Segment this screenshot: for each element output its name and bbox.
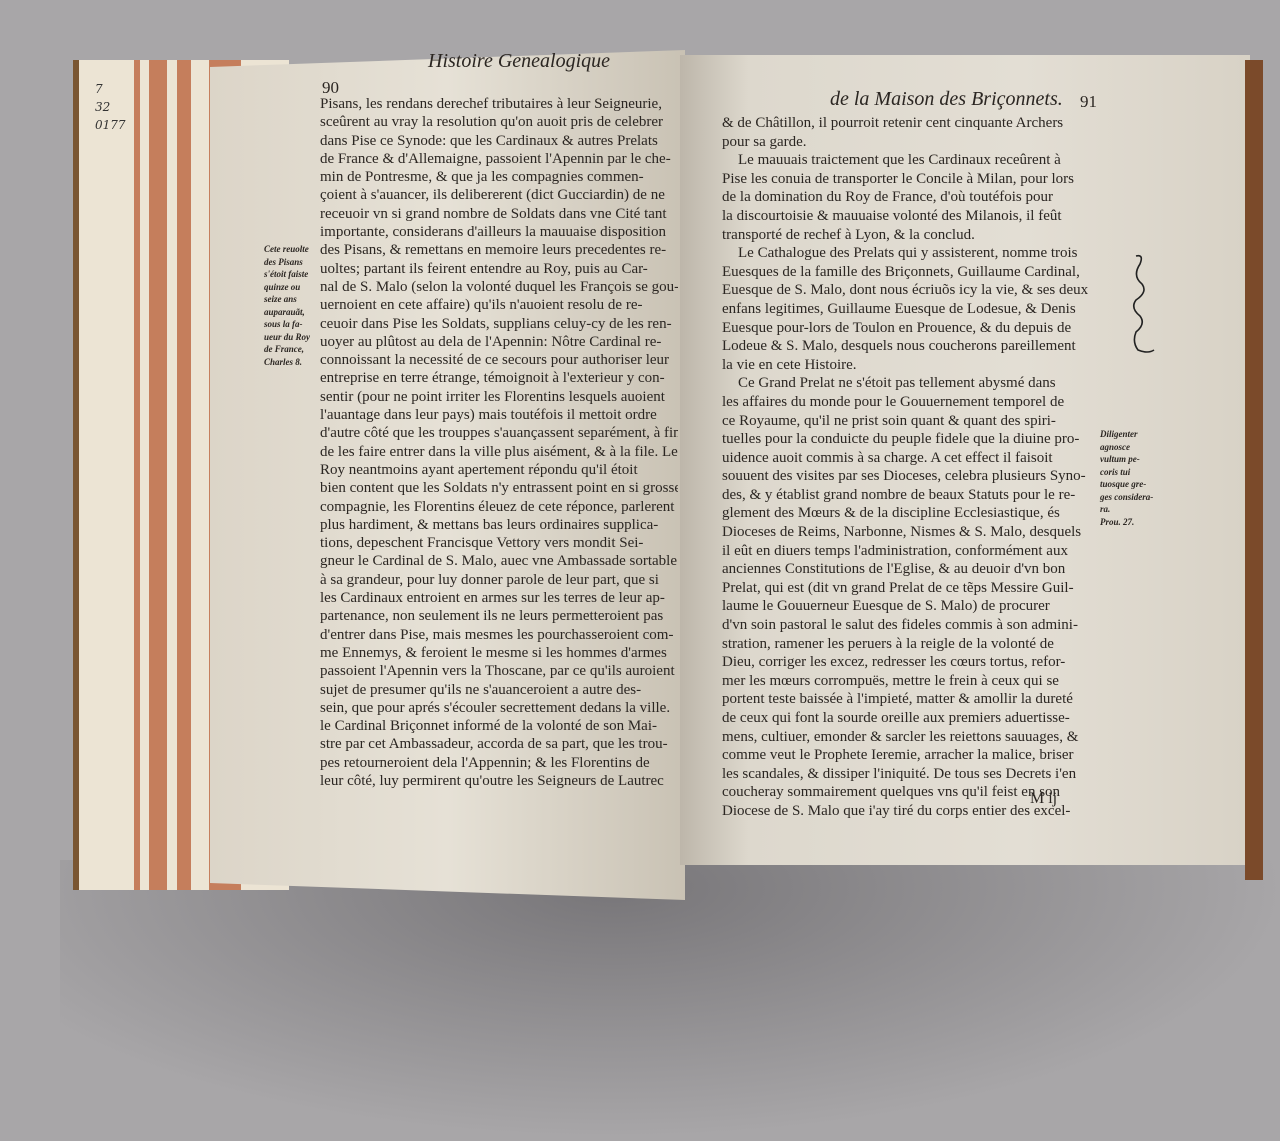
- right-page-number: 91: [1080, 92, 1097, 112]
- edge-stripe: [134, 60, 140, 890]
- edge-stripe: [149, 60, 167, 890]
- left-running-head: Histoire Genealogique: [428, 50, 610, 73]
- right-page-body: & de Châtillon, il pourroit retenir cent…: [722, 114, 1094, 821]
- left-page-body: Pisans, les rendans derechef tributaires…: [320, 95, 678, 790]
- edge-stripe: [177, 60, 191, 890]
- pen-squiggle-mark: [1128, 250, 1168, 360]
- left-marginal-note: Cete reuolte des Pisans s'étoit faiste q…: [264, 243, 314, 368]
- table-shadow: [60, 860, 1280, 1140]
- book-cover-edge: [1245, 60, 1263, 880]
- right-running-head: de la Maison des Briçonnets.: [830, 88, 1063, 111]
- signature-mark: M ij: [1030, 790, 1057, 808]
- right-marginal-note: Diligenter agnosce vultum pe- coris tui …: [1100, 428, 1160, 528]
- spine-handwriting: 7 32 0177: [95, 80, 121, 134]
